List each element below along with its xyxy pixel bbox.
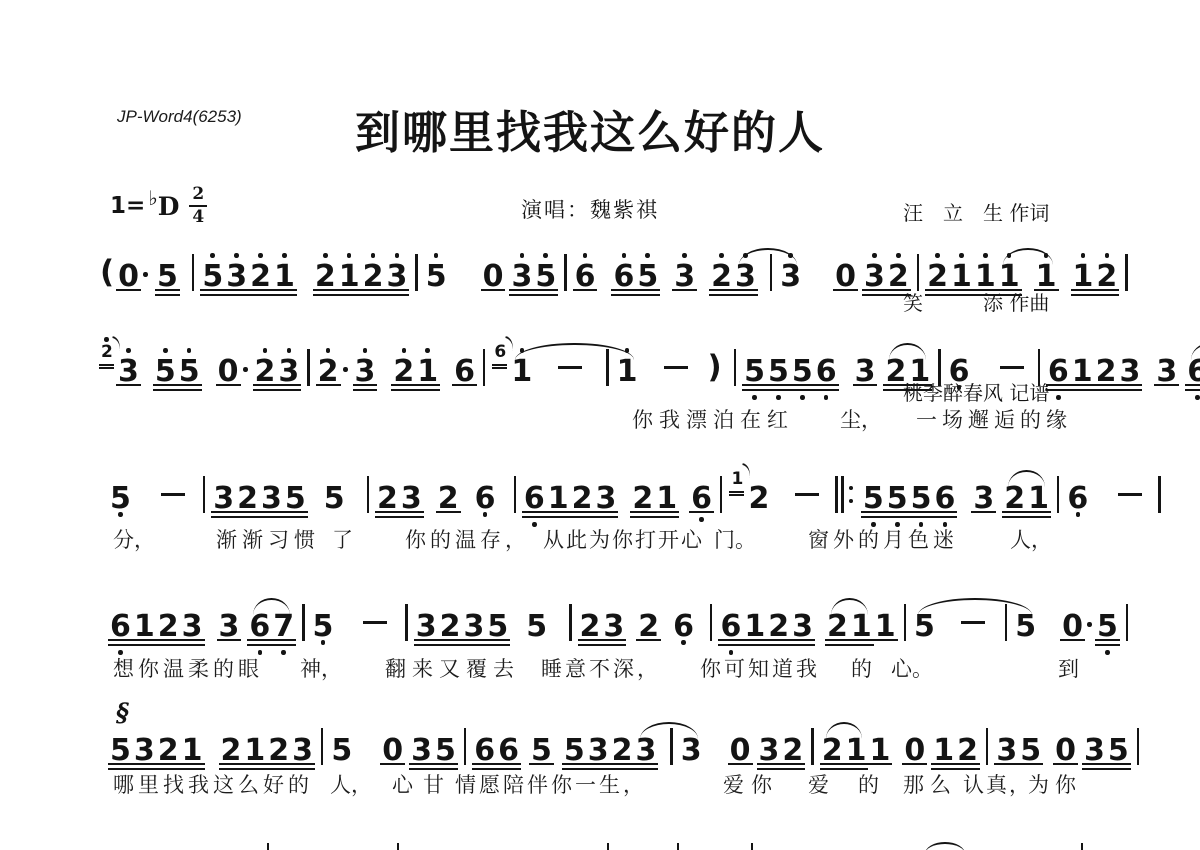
beam-line — [1071, 289, 1096, 291]
octave-dot-above — [959, 253, 964, 258]
note-digit: 3 — [118, 357, 139, 387]
tie-slur: 33 — [735, 249, 801, 309]
beam-line — [689, 511, 714, 513]
lyrics-line-3-chunk-8: 人， — [1010, 524, 1052, 554]
beam-line — [766, 644, 791, 646]
beam-line — [634, 763, 659, 765]
beam-line — [718, 639, 743, 641]
note-digit: 6 — [498, 736, 519, 766]
note-3: 3 — [226, 249, 247, 309]
beam-line — [594, 511, 619, 513]
note-digit: 3 — [759, 736, 780, 766]
lyrics-line-4-chunk-6: 的 — [851, 653, 872, 683]
note-5: 5 — [487, 599, 508, 659]
beam-line — [313, 294, 338, 296]
note-digit: 5 — [157, 262, 178, 292]
note-digit: 1 — [1073, 262, 1094, 292]
beam-line — [316, 384, 341, 386]
note-5: 5 — [914, 599, 935, 659]
dash-hold — [664, 344, 688, 404]
beam-line — [594, 516, 619, 518]
note-digit: 3 — [278, 357, 299, 387]
beam-line — [630, 511, 655, 513]
lyrics-line-3-chunk-4: 你的温存， — [405, 524, 530, 554]
beam-line — [1018, 763, 1043, 765]
beam-line — [438, 644, 463, 646]
beam-line — [790, 644, 815, 646]
note-6: 6 — [613, 249, 634, 309]
beam-line — [886, 294, 911, 296]
dash-hold — [363, 599, 387, 659]
note-digit: 0 — [483, 262, 504, 292]
beam-line — [1060, 639, 1085, 641]
octave-dot-above — [371, 253, 376, 258]
note-digit: 1 — [951, 262, 972, 292]
beam-line — [253, 389, 278, 391]
beam-line — [635, 294, 660, 296]
beam-line — [586, 763, 611, 765]
note-5: 5 — [526, 599, 547, 659]
note-digit: 2 — [158, 736, 179, 766]
beam-line — [1094, 389, 1119, 391]
note-5: 5 — [744, 344, 765, 404]
beam-line — [361, 289, 386, 291]
note-digit: 3 — [1156, 357, 1177, 387]
note-digit: 3 — [735, 262, 756, 292]
note-digit: 6 — [935, 484, 956, 514]
note-digit: 2 — [768, 612, 789, 642]
note-5: 5 — [202, 249, 223, 309]
note-5: 5 — [863, 471, 884, 531]
duration-dot — [143, 272, 148, 277]
note-3: 3 — [674, 249, 695, 309]
barline — [1005, 604, 1007, 641]
beam-line — [433, 763, 458, 765]
beam-line — [672, 289, 697, 291]
beam-line — [1070, 389, 1095, 391]
lyricist-credit: 汪 立 生 作词 — [903, 198, 1123, 228]
note-2: 2 — [827, 599, 848, 659]
note-5: 5 — [792, 344, 813, 404]
note-digit: 5 — [535, 262, 556, 292]
barline — [569, 604, 571, 641]
octave-dot-above — [323, 253, 328, 258]
beam-line — [153, 389, 178, 391]
lyrics-line-2-chunk-3: 一场邂逅的缘 — [916, 404, 1072, 434]
dash-hold — [558, 344, 582, 404]
beam-line — [485, 644, 510, 646]
note-digit: 3 — [386, 262, 407, 292]
beam-line — [200, 289, 225, 291]
note-0: 0 — [1062, 599, 1083, 659]
beam-line — [533, 289, 558, 291]
barline — [405, 604, 407, 641]
beam-line — [156, 644, 181, 646]
beam-line — [718, 644, 743, 646]
barline — [770, 254, 772, 291]
beam-line — [353, 389, 378, 391]
note-digit: 3 — [213, 484, 234, 514]
grace-note-1: 1 — [730, 471, 746, 531]
note-digit: 3 — [596, 484, 617, 514]
barline — [415, 254, 417, 291]
barline — [1038, 349, 1040, 386]
beam-line — [742, 389, 767, 391]
tie-slur: 55 — [914, 599, 1036, 659]
note-2: 2 — [1004, 471, 1025, 531]
note-1: 1 — [851, 599, 872, 659]
beam-line — [1118, 389, 1143, 391]
beam-line — [909, 511, 934, 513]
lyrics-line-5-chunk-9: 认真， — [963, 769, 1032, 799]
note-digit: 3 — [134, 736, 155, 766]
note-0: 0 — [835, 249, 856, 309]
beam-line — [219, 763, 244, 765]
lyrics-line-5-chunk-4: 情愿陪伴你一生， — [455, 769, 647, 799]
beam-line — [546, 511, 571, 513]
beam-line — [272, 294, 297, 296]
beam-line — [409, 763, 434, 765]
beam-line — [132, 639, 157, 641]
beam-line — [108, 639, 133, 641]
beam-line — [180, 639, 205, 641]
barline — [367, 476, 369, 513]
note-digit: 6 — [249, 612, 270, 642]
note-3: 3 — [219, 599, 240, 659]
octave-dot-below — [824, 395, 829, 400]
barline — [514, 476, 516, 513]
meter-beats: 2 — [189, 186, 207, 207]
beam-line — [259, 516, 284, 518]
note-3: 3 — [401, 471, 422, 531]
note-5: 5 — [110, 471, 131, 531]
note-digit: 1 — [875, 612, 896, 642]
dash-hold — [1118, 471, 1142, 531]
lyrics-line-3-chunk-3: 了 — [332, 524, 353, 554]
lyrics-line-4-chunk-5: 你可知道我 — [700, 653, 820, 683]
note-digit: 2 — [250, 262, 271, 292]
octave-dot-below — [957, 385, 962, 390]
note-6: 6 — [1048, 344, 1069, 404]
beam-line — [132, 644, 157, 646]
beam-line — [153, 384, 178, 386]
grace-note-2: 2 — [100, 344, 116, 404]
beam-line — [971, 511, 996, 513]
barline — [192, 254, 194, 291]
note-6: 6 — [1067, 471, 1088, 531]
note-3: 3 — [973, 471, 994, 531]
beam-line — [562, 763, 587, 765]
barline — [1158, 476, 1160, 513]
note-2: 2 — [255, 344, 276, 404]
note-1: 1 — [1073, 249, 1094, 309]
note-digit: 5 — [526, 612, 547, 642]
beam-line — [1094, 289, 1119, 291]
octave-dot-above — [935, 253, 940, 258]
barline — [734, 349, 736, 386]
barline — [203, 476, 205, 513]
note-2: 2 — [318, 344, 339, 404]
note-digit: 3 — [401, 484, 422, 514]
octave-dot-below — [483, 512, 488, 517]
note-digit: 6 — [524, 484, 545, 514]
lyrics-line-3-chunk-7: 窗外的月色迷 — [808, 524, 958, 554]
tie-slur: 21 — [1004, 471, 1049, 531]
beam-line — [224, 289, 249, 291]
octave-dot-below — [321, 640, 326, 645]
note-5: 5 — [157, 249, 178, 309]
note-digit: 1 — [244, 736, 265, 766]
octave-dot-above — [434, 253, 439, 258]
beam-line — [742, 644, 767, 646]
beam-line — [907, 384, 932, 386]
note-6: 6 — [454, 344, 475, 404]
watermark-label: JP-Word4(6253) — [117, 107, 242, 127]
note-1: 1 — [417, 344, 438, 404]
clipped-barline — [267, 843, 269, 850]
beam-line — [462, 644, 487, 646]
octave-dot-above — [625, 348, 630, 353]
barline — [917, 254, 919, 291]
note-digit: 2 — [711, 262, 732, 292]
beam-line — [313, 289, 338, 291]
note-digit: 6 — [691, 484, 712, 514]
grace-beam — [492, 367, 507, 369]
note-digit: 5 — [564, 736, 585, 766]
note-2: 2 — [1096, 344, 1117, 404]
note-3: 3 — [1156, 344, 1177, 404]
beam-line — [211, 516, 236, 518]
beam-line — [1082, 763, 1107, 765]
beam-line — [933, 516, 958, 518]
note-digit: 2 — [221, 736, 242, 766]
note-digit: 7 — [273, 612, 294, 642]
beam-line — [271, 639, 296, 641]
parenthesis: ) — [708, 344, 722, 391]
note-5: 5 — [535, 249, 556, 309]
beam-line — [825, 639, 850, 641]
note-digit: 2 — [268, 736, 289, 766]
beam-line — [436, 511, 461, 513]
note-1: 1 — [875, 599, 896, 659]
beam-line — [276, 389, 301, 391]
octave-dot-above — [543, 253, 548, 258]
beam-line — [709, 294, 734, 296]
note-digit: 2 — [885, 357, 906, 387]
octave-dot-below — [281, 650, 286, 655]
key-signature: 1= ♭ D 2 4 — [110, 186, 207, 226]
note-digit: 5 — [887, 484, 908, 514]
barline — [1057, 476, 1059, 513]
beam-line — [414, 639, 439, 641]
note-digit: 6 — [720, 612, 741, 642]
note-6: 6 — [949, 344, 970, 404]
barline — [710, 604, 712, 641]
beam-line — [853, 384, 878, 386]
note-digit: 2 — [927, 262, 948, 292]
beam-line — [610, 763, 635, 765]
octave-dot-above — [520, 253, 525, 258]
beam-line — [529, 763, 554, 765]
note-2: 2 — [363, 249, 384, 309]
beam-line — [1026, 511, 1051, 513]
octave-dot-below — [752, 395, 757, 400]
note-digit: 3 — [182, 612, 203, 642]
note-digit: 1 — [656, 484, 677, 514]
note-6: 6 — [816, 344, 837, 404]
note-3: 3 — [1120, 344, 1141, 404]
beam-line — [1034, 289, 1059, 291]
dash-hold — [1000, 344, 1024, 404]
beam-line — [867, 763, 892, 765]
beam-line — [375, 511, 400, 513]
beam-line — [1082, 768, 1107, 770]
note-2: 2 — [438, 471, 459, 531]
note-3: 3 — [213, 471, 234, 531]
beam-line — [814, 384, 839, 386]
note-5: 5 — [313, 599, 334, 659]
note-digit: 2 — [822, 736, 843, 766]
note-3: 3 — [464, 599, 485, 659]
beam-line — [1106, 768, 1131, 770]
beam-line — [156, 639, 181, 641]
beam-line — [766, 384, 791, 386]
beam-line — [949, 289, 974, 291]
note-digit: 3 — [416, 612, 437, 642]
beam-line — [1026, 516, 1051, 518]
barline — [483, 349, 485, 386]
beam-line — [933, 511, 958, 513]
beam-line — [1002, 511, 1027, 513]
repeat-dots — [849, 476, 853, 513]
beam-line — [353, 384, 378, 386]
beam-line — [155, 289, 180, 291]
beam-line — [949, 294, 974, 296]
beam-line — [973, 289, 998, 291]
note-5: 5 — [1097, 599, 1118, 659]
grace-beam — [492, 364, 507, 366]
barline — [720, 476, 722, 513]
note-5: 5 — [1015, 599, 1036, 659]
note-1: 1 — [274, 249, 295, 309]
note-digit: 0 — [118, 262, 139, 292]
note-digit: 1 — [339, 262, 360, 292]
clipped-barline — [397, 843, 399, 850]
lyrics-line-5-chunk-6: 爱 — [808, 769, 829, 799]
note-6: 6 — [249, 599, 270, 659]
beam-line — [997, 289, 1022, 291]
beam-line — [156, 763, 181, 765]
note-digit: 2 — [632, 484, 653, 514]
note-digit: 5 — [1097, 612, 1118, 642]
note-digit: 5 — [792, 357, 813, 387]
note-digit: 5 — [768, 357, 789, 387]
beam-line — [415, 384, 440, 386]
beam-line — [902, 763, 927, 765]
note-2: 2 — [748, 471, 769, 531]
dash-hold — [161, 471, 185, 531]
beam-line — [611, 289, 636, 291]
beam-line — [635, 289, 660, 291]
tie-slur: 67 — [1187, 344, 1200, 404]
beam-line — [742, 384, 767, 386]
note-digit: 1 — [846, 736, 867, 766]
octave-dot-below — [776, 395, 781, 400]
note-digit: 3 — [292, 736, 313, 766]
note-digit: 6 — [474, 736, 495, 766]
beam-line — [384, 289, 409, 291]
note-digit: 6 — [110, 612, 131, 642]
beam-line — [636, 639, 661, 641]
note-digit: 2 — [572, 484, 593, 514]
beam-line — [885, 516, 910, 518]
octave-dot-below — [118, 512, 123, 517]
note-digit: 3 — [219, 612, 240, 642]
beam-line — [883, 389, 908, 391]
octave-dot-above — [983, 253, 988, 258]
note-6: 6 — [720, 599, 741, 659]
tie-slur: 11 — [511, 344, 637, 404]
tie-slur: 21 — [885, 344, 930, 404]
note-digit: 5 — [426, 262, 447, 292]
beam-line — [290, 763, 315, 765]
grace-beam — [729, 491, 744, 493]
note-digit: 3 — [864, 262, 885, 292]
note-1: 1 — [134, 599, 155, 659]
note-digit: 2 — [315, 262, 336, 292]
note-digit: 0 — [835, 262, 856, 292]
octave-dot-above — [104, 337, 109, 342]
note-digit: 5 — [531, 736, 552, 766]
note-digit: 6 — [1067, 484, 1088, 514]
beam-line — [438, 639, 463, 641]
beam-line — [276, 384, 301, 386]
note-digit: 2 — [957, 736, 978, 766]
note-digit: 3 — [355, 357, 376, 387]
grace-beam — [729, 494, 744, 496]
barline — [1126, 604, 1128, 641]
note-1: 1 — [909, 344, 930, 404]
octave-dot-above — [187, 348, 192, 353]
note-digit: 1 — [744, 612, 765, 642]
note-digit: 5 — [110, 736, 131, 766]
barline — [811, 728, 813, 765]
beam-line — [509, 289, 534, 291]
note-digit: 5 — [110, 484, 131, 514]
beam-line — [997, 294, 1022, 296]
beam-line — [391, 389, 416, 391]
lyrics-line-3-chunk-2: 渐渐习惯 — [216, 524, 320, 554]
lyrics-line-4-chunk-3: 翻来又覆去 — [385, 653, 520, 683]
beam-line — [522, 516, 547, 518]
beam-line — [361, 294, 386, 296]
note-2: 2 — [768, 599, 789, 659]
note-digit: 2 — [638, 612, 659, 642]
beam-line — [1185, 384, 1200, 386]
beam-line — [844, 763, 869, 765]
note-digit: 2 — [1096, 262, 1117, 292]
beam-line — [337, 289, 362, 291]
beam-line — [790, 384, 815, 386]
note-digit: 5 — [331, 736, 352, 766]
beam-line — [820, 763, 845, 765]
note-1: 1 — [744, 599, 765, 659]
note-digit: 3 — [464, 612, 485, 642]
beam-line — [886, 289, 911, 291]
octave-dot-above — [282, 253, 287, 258]
note-digit: 1 — [975, 262, 996, 292]
beam-line — [242, 763, 267, 765]
